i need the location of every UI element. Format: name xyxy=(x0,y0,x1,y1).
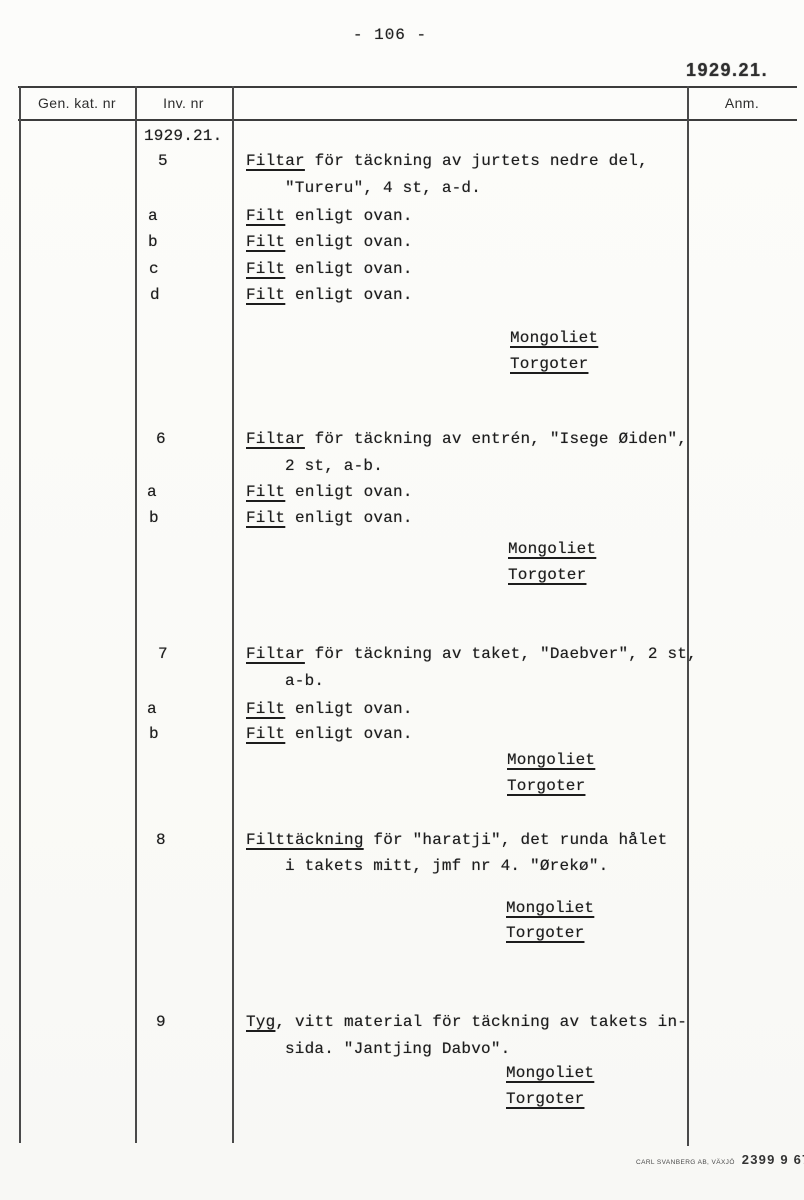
entry-main-line: Filtar för täckning av taket, "Daebver",… xyxy=(246,645,697,663)
table-left-border xyxy=(19,86,21,1143)
entry-line-rest: för täckning av jurtets nedre del, xyxy=(305,152,648,170)
subitem-rest: enligt ovan. xyxy=(285,233,412,251)
entry-lead-word: Tyg xyxy=(246,1013,275,1031)
page-number: - 106 - xyxy=(345,26,435,44)
entry-continuation-line: sida. "Jantjing Dabvo". xyxy=(285,1040,510,1058)
entry-line-rest: för täckning av taket, "Daebver", 2 st, xyxy=(305,645,697,663)
header-inv-nr: Inv. nr xyxy=(136,95,231,111)
subitem-letter: c xyxy=(149,260,159,278)
entry-lead-word: Filtar xyxy=(246,152,305,170)
entry-lead-word: Filtar xyxy=(246,645,305,663)
subitem-lead-word: Filt xyxy=(246,700,285,718)
subitem-letter: a xyxy=(147,700,157,718)
subitem-rest: enligt ovan. xyxy=(285,286,412,304)
provenance-mongoliet: Mongoliet xyxy=(508,540,596,558)
entry-inv-nr: 6 xyxy=(156,430,166,448)
subitem-lead-word: Filt xyxy=(246,725,285,743)
provenance-mongoliet: Mongoliet xyxy=(506,1064,594,1082)
entry-main-line: Filtar för täckning av entrén, "Isege Øi… xyxy=(246,430,687,448)
subitem-text: Filt enligt ovan. xyxy=(246,207,413,225)
entry-line-rest: för täckning av entrén, "Isege Øiden", xyxy=(305,430,687,448)
subitem-text: Filt enligt ovan. xyxy=(246,286,413,304)
subitem-text: Filt enligt ovan. xyxy=(246,233,413,251)
provenance-torgoter: Torgoter xyxy=(506,1090,584,1108)
subitem-rest: enligt ovan. xyxy=(285,483,412,501)
scanned-catalog-page: { "page": { "number": "- 106 -", "stamp"… xyxy=(0,0,804,1200)
subitem-text: Filt enligt ovan. xyxy=(246,725,413,743)
column-divider-inv-nr xyxy=(232,86,234,1143)
entry-continuation-line: a-b. xyxy=(285,672,324,690)
subitem-text: Filt enligt ovan. xyxy=(246,483,413,501)
subitem-rest: enligt ovan. xyxy=(285,700,412,718)
entry-inv-nr: 7 xyxy=(158,645,168,663)
printer-mark: CARL SVANBERG AB, VÄXJÖ 2399 9 67 xyxy=(636,1152,804,1167)
entry-lead-word: Filttäckning xyxy=(246,831,364,849)
subitem-rest: enligt ovan. xyxy=(285,260,412,278)
provenance-torgoter: Torgoter xyxy=(507,777,585,795)
catalog-number-stamp: 1929.21. xyxy=(686,60,768,81)
subitem-letter: a xyxy=(148,207,158,225)
provenance-torgoter: Torgoter xyxy=(510,355,588,373)
column-divider-anm xyxy=(687,86,689,1146)
subitem-letter: a xyxy=(147,483,157,501)
subitem-text: Filt enligt ovan. xyxy=(246,509,413,527)
subitem-lead-word: Filt xyxy=(246,483,285,501)
subitem-letter: d xyxy=(150,286,160,304)
subitem-lead-word: Filt xyxy=(246,207,285,225)
subitem-rest: enligt ovan. xyxy=(285,725,412,743)
provenance-torgoter: Torgoter xyxy=(508,566,586,584)
provenance-mongoliet: Mongoliet xyxy=(506,899,594,917)
entry-main-line: Filtar för täckning av jurtets nedre del… xyxy=(246,152,648,170)
entry-main-line: Filttäckning för "haratji", det runda hå… xyxy=(246,831,667,849)
subitem-lead-word: Filt xyxy=(246,233,285,251)
entry-continuation-line: "Tureru", 4 st, a-d. xyxy=(285,179,481,197)
subitem-rest: enligt ovan. xyxy=(285,207,412,225)
printer-code: 2399 9 67 xyxy=(742,1152,804,1167)
entry-inv-nr: 8 xyxy=(156,831,166,849)
column-divider-gen-kat xyxy=(135,86,137,1143)
group-number: 1929.21. xyxy=(144,127,222,145)
entry-continuation-line: 2 st, a-b. xyxy=(285,457,383,475)
entry-continuation-line: i takets mitt, jmf nr 4. "Ørekø". xyxy=(285,857,608,875)
subitem-letter: b xyxy=(148,233,158,251)
entry-lead-word: Filtar xyxy=(246,430,305,448)
subitem-text: Filt enligt ovan. xyxy=(246,700,413,718)
provenance-mongoliet: Mongoliet xyxy=(510,329,598,347)
subitem-rest: enligt ovan. xyxy=(285,509,412,527)
provenance-torgoter: Torgoter xyxy=(506,924,584,942)
subitem-lead-word: Filt xyxy=(246,260,285,278)
provenance-mongoliet: Mongoliet xyxy=(507,751,595,769)
header-gen-kat-nr: Gen. kat. nr xyxy=(20,95,134,111)
printer-name: CARL SVANBERG AB, VÄXJÖ xyxy=(636,1159,735,1166)
subitem-text: Filt enligt ovan. xyxy=(246,260,413,278)
entry-line-rest: , vitt material för täckning av takets i… xyxy=(275,1013,687,1031)
subitem-letter: b xyxy=(149,725,159,743)
entry-inv-nr: 9 xyxy=(156,1013,166,1031)
subitem-lead-word: Filt xyxy=(246,509,285,527)
entry-main-line: Tyg, vitt material för täckning av taket… xyxy=(246,1013,687,1031)
header-anm: Anm. xyxy=(689,95,795,111)
subitem-lead-word: Filt xyxy=(246,286,285,304)
subitem-letter: b xyxy=(149,509,159,527)
entry-inv-nr: 5 xyxy=(158,152,168,170)
entry-line-rest: för "haratji", det runda hålet xyxy=(364,831,668,849)
